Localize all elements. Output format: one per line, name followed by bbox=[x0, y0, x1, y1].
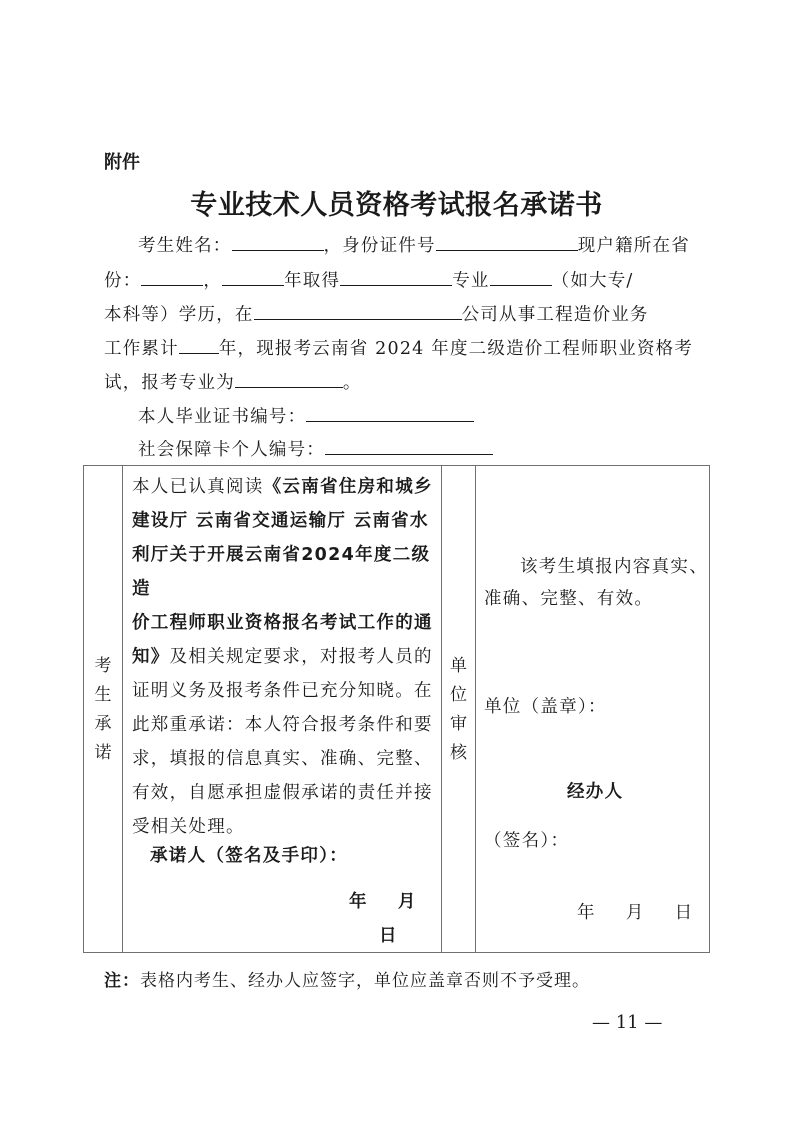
day-label: 日 bbox=[379, 926, 398, 946]
name-field[interactable] bbox=[232, 234, 324, 251]
notice-title: 知》 bbox=[132, 647, 170, 667]
notice-title: 利厅关于开展云南省2024年度二级造 bbox=[132, 538, 442, 606]
page-number: — 11 — bbox=[592, 1012, 662, 1033]
certificate-number-field[interactable] bbox=[306, 405, 474, 422]
review-date[interactable]: 年月日 bbox=[577, 896, 693, 930]
pledge-line: 求，填报的信息真实、准确、完整、 bbox=[132, 742, 442, 776]
note-prefix: 注： bbox=[104, 971, 140, 991]
candidate-pledge-label-cell: 考 生 承 诺 bbox=[84, 466, 123, 953]
comma: ， bbox=[203, 271, 222, 291]
label-degree-hint: （如大专/ bbox=[552, 271, 634, 291]
year-label: 年 bbox=[577, 903, 596, 923]
label-year-obtained: 年取得 bbox=[284, 271, 340, 291]
month-label: 月 bbox=[626, 903, 645, 923]
page-title: 专业技术人员资格考试报名承诺书 bbox=[0, 183, 793, 222]
pledge-line: 及相关规定要求，对报考人员的 bbox=[170, 647, 433, 667]
social-security-number-field[interactable] bbox=[325, 438, 493, 455]
label-province: 现户籍所在省 bbox=[578, 236, 690, 256]
company-field[interactable] bbox=[254, 303, 462, 320]
note-text: 表格内考生、经办人应签字，单位应盖章否则不予受理。 bbox=[140, 971, 590, 991]
intro-line-4: 工作累计年，现报考云南省 2024 年度二级造价工程师职业资格考 bbox=[104, 335, 693, 360]
unit-review-label-cell: 单 位 审 核 bbox=[442, 466, 476, 953]
pledge-table: 考 生 承 诺 本人已认真阅读《云南省住房和城乡 建设厅 云南省交通运输厅 云南… bbox=[83, 465, 710, 953]
graduation-year-field[interactable] bbox=[222, 269, 284, 286]
year-label: 年 bbox=[349, 892, 368, 912]
intro-line-6: 本人毕业证书编号： bbox=[138, 403, 474, 428]
review-statement-line-2: 准确、完整、有效。 bbox=[484, 582, 653, 616]
label-id: ，身份证件号 bbox=[324, 236, 436, 256]
label-company: 公司从事工程造价业务 bbox=[462, 305, 649, 325]
intro-line-5: 试，报考专业为。 bbox=[104, 369, 362, 394]
label-char: 单 bbox=[442, 652, 475, 681]
pledger-signature-label[interactable]: 承诺人（签名及手印）： bbox=[150, 839, 348, 873]
province-field[interactable] bbox=[141, 269, 203, 286]
handler-signature-label[interactable]: （签名）： bbox=[484, 824, 569, 858]
notice-title: 价工程师职业资格报名考试工作的通 bbox=[132, 606, 442, 640]
pledge-date[interactable]: 年月日 bbox=[349, 885, 441, 953]
pledge-text: 本人已认真阅读《云南省住房和城乡 建设厅 云南省交通运输厅 云南省水 利厅关于开… bbox=[132, 470, 442, 844]
id-number-field[interactable] bbox=[436, 234, 578, 251]
unit-review-label: 单 位 审 核 bbox=[442, 652, 475, 768]
intro-line-7: 社会保障卡个人编号： bbox=[138, 436, 493, 461]
label-char: 生 bbox=[84, 681, 122, 710]
intro-line-1: 考生姓名：，身份证件号现户籍所在省 bbox=[138, 232, 690, 257]
notice-title: 建设厅 云南省交通运输厅 云南省水 bbox=[132, 504, 442, 538]
label-char: 诺 bbox=[84, 739, 122, 768]
label-work-years: 工作累计 bbox=[104, 339, 179, 359]
label-char: 承 bbox=[84, 710, 122, 739]
notice-title: 《云南省住房和城乡 bbox=[264, 477, 433, 497]
pledge-line: 有效，自愿承担虚假承诺的责任并接 bbox=[132, 776, 442, 810]
work-years-field[interactable] bbox=[179, 337, 219, 354]
label-social-security-number: 社会保障卡个人编号： bbox=[138, 440, 325, 460]
pledge-line: 本人已认真阅读 bbox=[132, 477, 264, 497]
unit-seal-label[interactable]: 单位（盖章）： bbox=[484, 690, 607, 724]
label-certificate-number: 本人毕业证书编号： bbox=[138, 407, 306, 427]
period: 。 bbox=[343, 373, 362, 393]
major-field[interactable] bbox=[340, 269, 452, 286]
label-char: 位 bbox=[442, 681, 475, 710]
exam-major-field[interactable] bbox=[235, 371, 343, 388]
intro-line-3: 本科等）学历，在公司从事工程造价业务 bbox=[104, 301, 649, 326]
pledge-line: 证明义务及报考条件已充分知晓。在 bbox=[132, 674, 442, 708]
label-char: 考 bbox=[84, 652, 122, 681]
label-exam: 年，现报考云南省 2024 年度二级造价工程师职业资格考 bbox=[219, 339, 693, 359]
label-char: 审 bbox=[442, 710, 475, 739]
intro-line-2: 份：，年取得专业（如大专/ bbox=[104, 267, 634, 292]
label-province-cont: 份： bbox=[104, 271, 141, 291]
footer-note: 注：表格内考生、经办人应签字，单位应盖章否则不予受理。 bbox=[104, 966, 590, 991]
pledge-line: 此郑重承诺：本人符合报考条件和要 bbox=[132, 708, 442, 742]
review-statement-line-1: 该考生填报内容真实、 bbox=[520, 550, 708, 584]
degree-field[interactable] bbox=[490, 269, 552, 286]
month-label: 月 bbox=[398, 892, 417, 912]
pledge-cell: 本人已认真阅读《云南省住房和城乡 建设厅 云南省交通运输厅 云南省水 利厅关于开… bbox=[123, 466, 442, 953]
label-char: 核 bbox=[442, 739, 475, 768]
label-name: 考生姓名： bbox=[138, 236, 232, 256]
handler-label: 经办人 bbox=[567, 775, 623, 809]
candidate-pledge-label: 考 生 承 诺 bbox=[84, 652, 122, 768]
day-label: 日 bbox=[675, 903, 694, 923]
label-education: 本科等）学历，在 bbox=[104, 305, 254, 325]
attachment-label: 附件 bbox=[104, 148, 140, 174]
label-major: 专业 bbox=[452, 271, 489, 291]
label-exam-major: 试，报考专业为 bbox=[104, 373, 235, 393]
review-cell: 该考生填报内容真实、 准确、完整、有效。 单位（盖章）： 经办人 （签名）： 年… bbox=[476, 466, 710, 953]
